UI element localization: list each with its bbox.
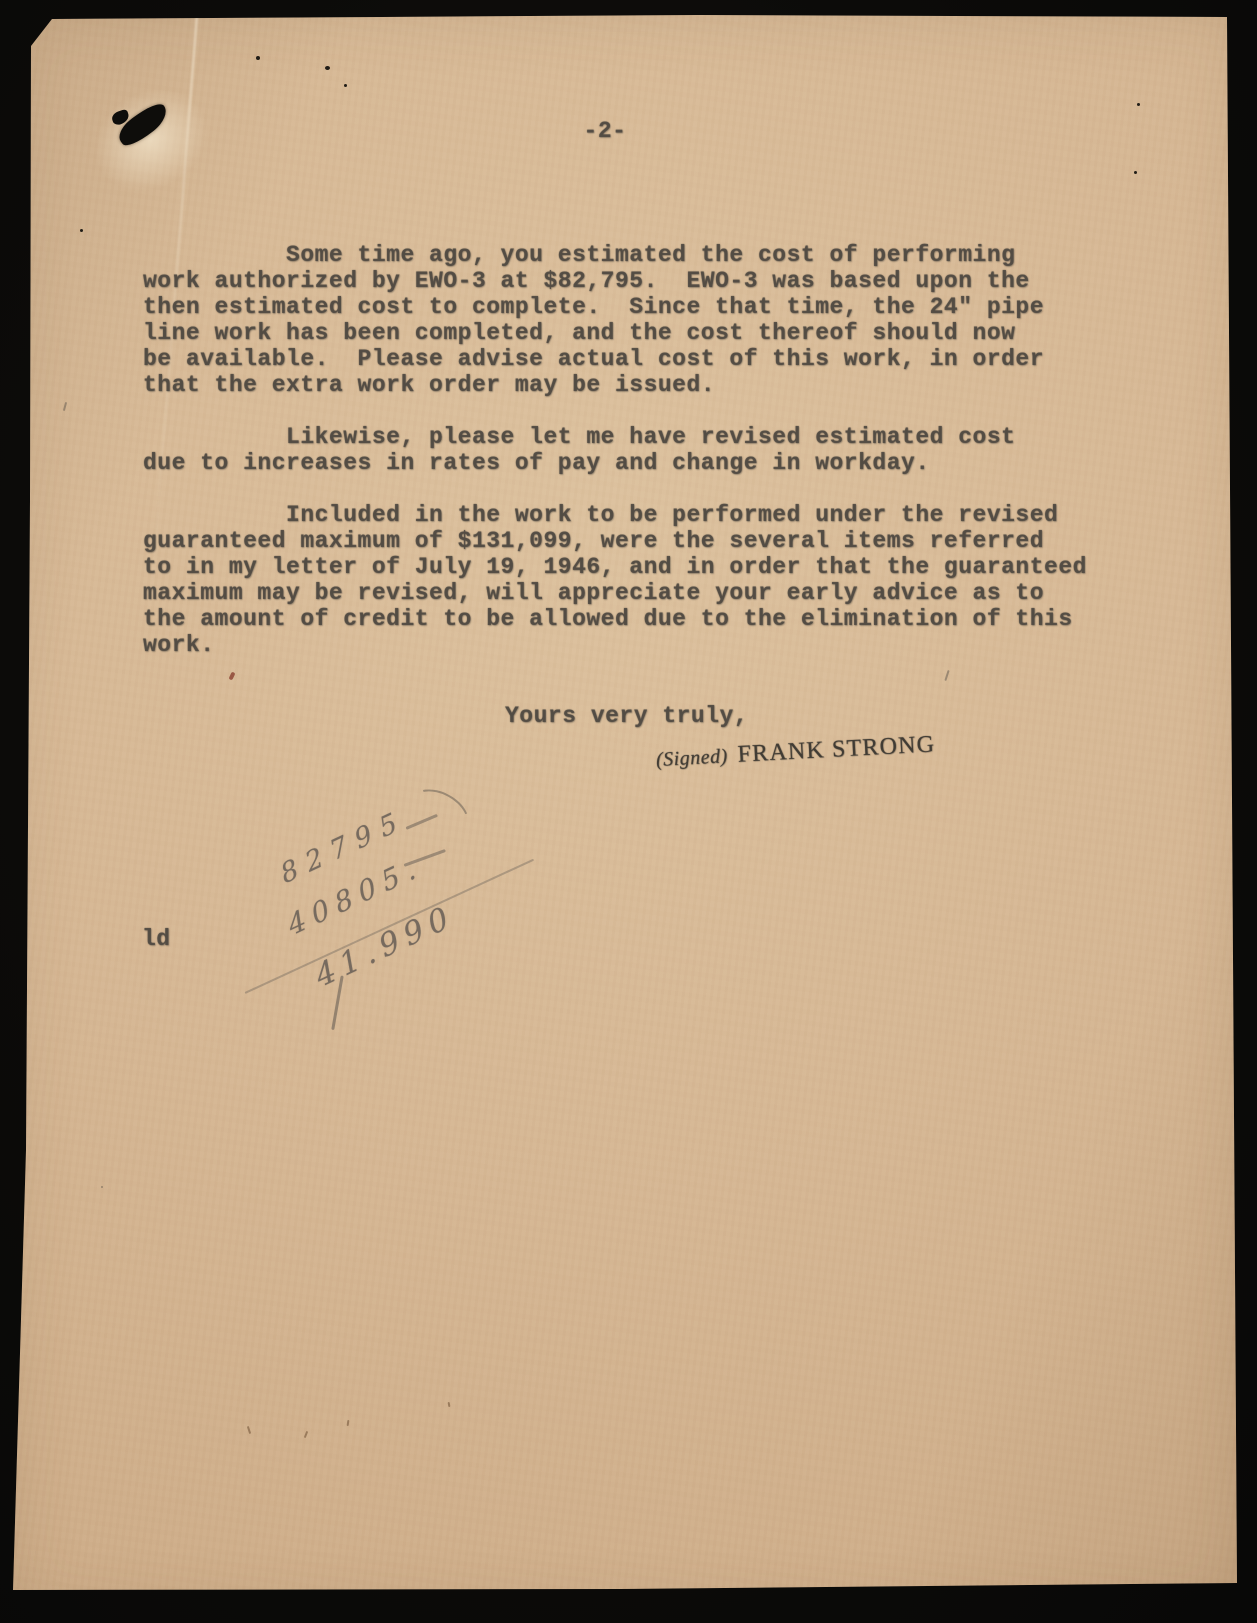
signature-stamp: (Signed)FRANK STRONG [655, 731, 936, 773]
pencil-tick-mark [944, 670, 949, 681]
ink-speck [325, 66, 330, 70]
typist-initials: ld [142, 926, 171, 952]
ink-speck [256, 56, 260, 60]
pencil-tick-mark [63, 402, 67, 411]
letter-page: -2- Some time ago, you estimated the cos… [0, 0, 1257, 1623]
paper-fiber-mark [247, 1426, 251, 1434]
paragraph-ewo3-cost: Some time ago, you estimated the cost of… [143, 242, 1044, 398]
signature-name: FRANK STRONG [737, 731, 936, 767]
ink-speck [1137, 103, 1140, 106]
red-fleck-mark [228, 672, 235, 681]
paper-fiber-mark [304, 1431, 308, 1438]
paragraph-guaranteed-maximum: Included in the work to be performed und… [143, 502, 1087, 658]
pencil-curve-stroke [398, 779, 478, 851]
ink-speck [1134, 171, 1137, 174]
scan-background: { "letter": { "page_number": "-2-", "par… [0, 0, 1257, 1623]
punch-hole-wear [76, 69, 226, 211]
ink-speck [101, 1186, 103, 1188]
paper-fiber-mark [448, 1402, 451, 1407]
paragraph-revised-estimate: Likewise, please let me have revised est… [143, 424, 1015, 476]
closing-salutation: Yours very truly, [505, 703, 748, 729]
page-number: -2- [520, 118, 690, 144]
ink-speck [80, 229, 83, 232]
ink-speck [344, 84, 347, 87]
paper-fiber-mark [347, 1420, 350, 1426]
signed-label: (Signed) [655, 745, 728, 771]
